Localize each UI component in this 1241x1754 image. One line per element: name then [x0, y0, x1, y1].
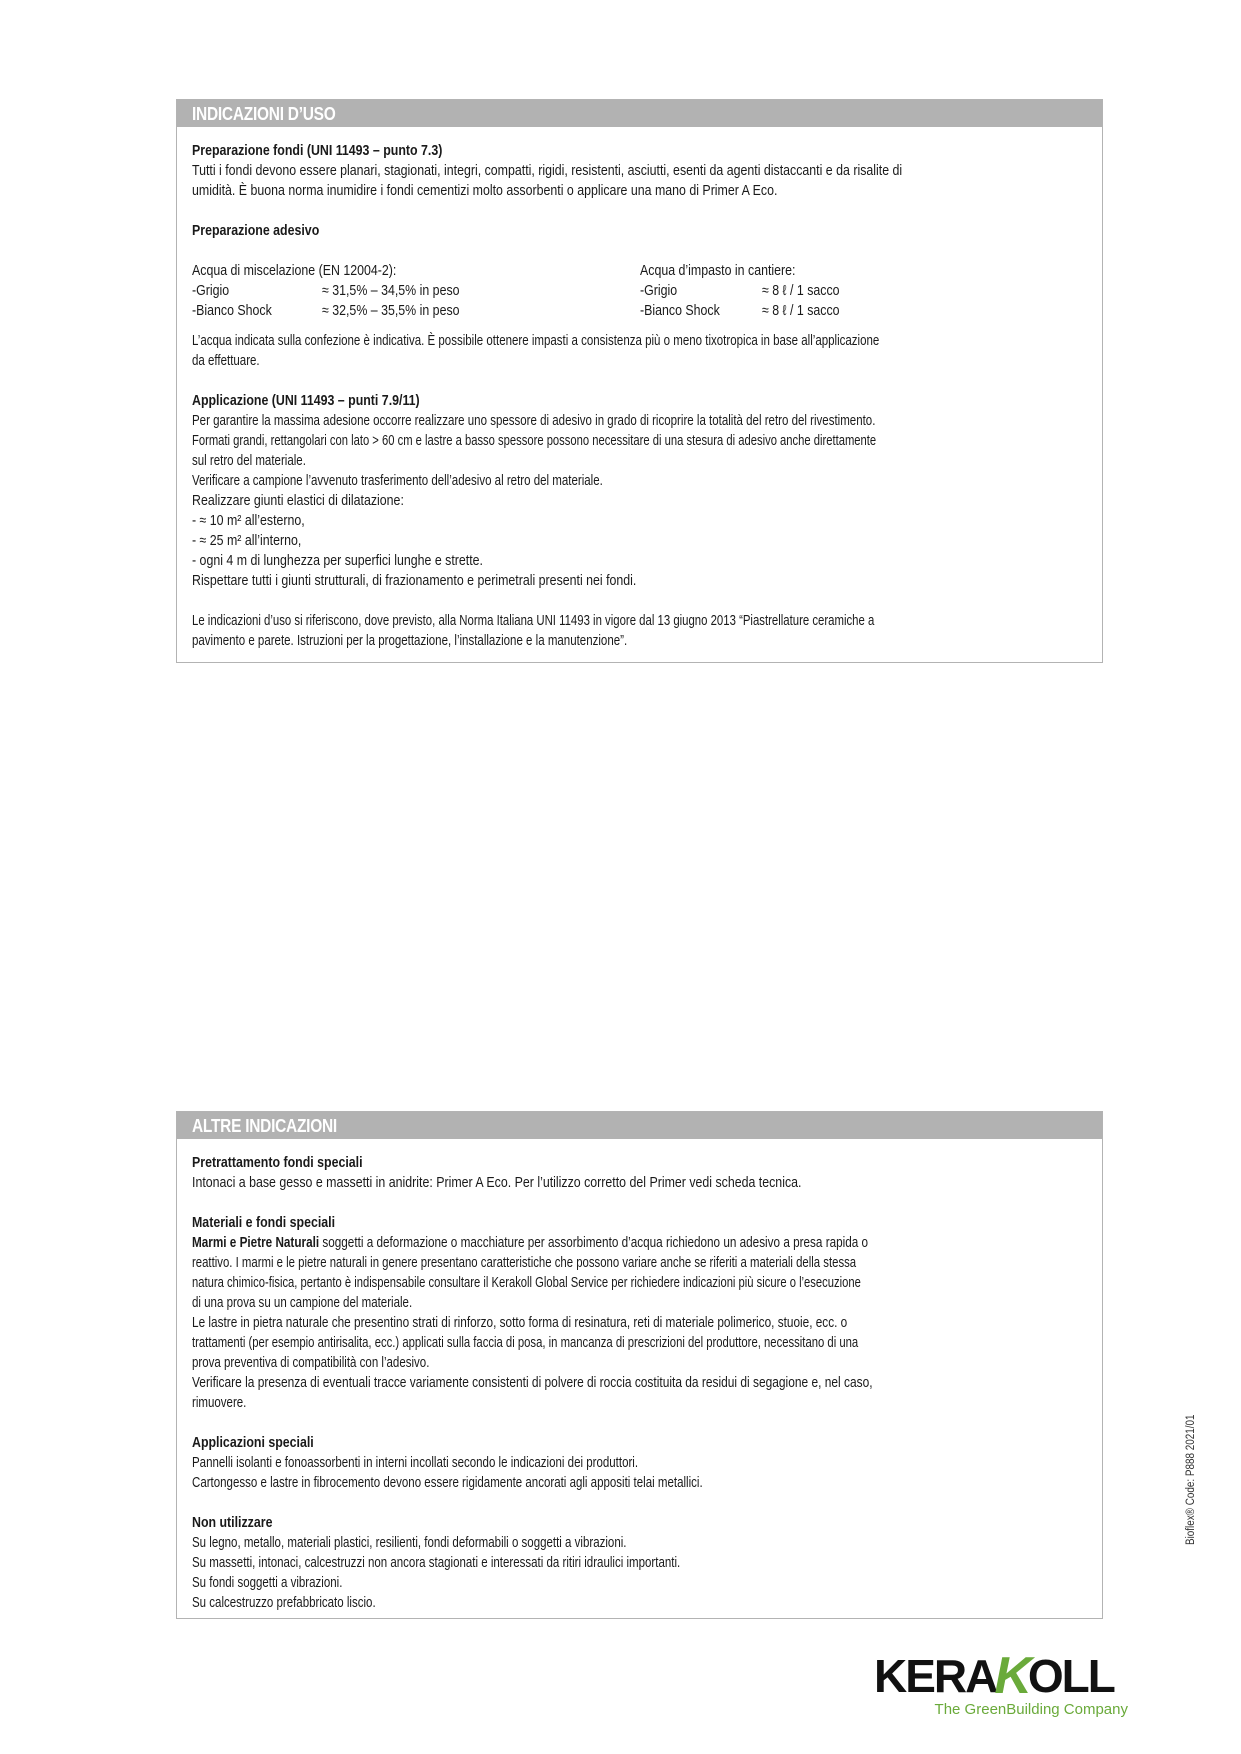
- subheading: Applicazione (UNI 11493 – punti 7.9/11): [192, 391, 1087, 411]
- paragraph-line: prova preventiva di compatibilità con l’…: [192, 1353, 1087, 1373]
- column-title: Acqua di miscelazione (EN 12004-2):: [192, 261, 640, 281]
- paragraph-line: Verificare la presenza di eventuali trac…: [192, 1373, 1087, 1393]
- list-item: - ogni 4 m di lunghezza per superfici lu…: [192, 551, 1087, 571]
- water-mix-column: Acqua di miscelazione (EN 12004-2): -Gri…: [192, 261, 640, 321]
- paragraph-line: Per garantire la massima adesione occorr…: [192, 411, 1087, 431]
- paragraph-line: Marmi e Pietre Naturali soggetti a defor…: [192, 1233, 1087, 1253]
- paragraph-line: da effettuare.: [192, 351, 1087, 371]
- paragraph-line: Le lastre in pietra naturale che present…: [192, 1313, 1087, 1333]
- list-item: - ≈ 10 m² all’esterno,: [192, 511, 1087, 531]
- section-title: ALTRE INDICAZIONI: [192, 1112, 337, 1141]
- paragraph-line: trattamenti (per esempio antirisalita, e…: [192, 1333, 1087, 1353]
- paragraph-line: Le indicazioni d’uso si riferiscono, dov…: [192, 611, 1087, 631]
- list-item: Su calcestruzzo prefabbricato liscio.: [192, 1593, 1087, 1613]
- subheading: Non utilizzare: [192, 1513, 1087, 1533]
- column-title: Acqua d’impasto in cantiere:: [640, 261, 1088, 281]
- subheading: Preparazione adesivo: [192, 221, 1087, 241]
- section-title: INDICAZIONI D’USO: [192, 100, 336, 129]
- kerakoll-logo: KERAKOLL The GreenBuilding Company: [874, 1653, 1134, 1723]
- table-row: -Bianco Shock≈ 8 ℓ / 1 sacco: [640, 301, 1088, 321]
- paragraph-line: natura chimico-fisica, pertanto è indisp…: [192, 1273, 1087, 1293]
- logo-wordmark: KERAKOLL: [874, 1653, 1134, 1699]
- product-code: Bioflex® Code: P888 2021/01: [1185, 1393, 1197, 1545]
- section-body: Pretrattamento fondi speciali Intonaci a…: [177, 1139, 1102, 1623]
- table-row: -Grigio≈ 8 ℓ / 1 sacco: [640, 281, 1088, 301]
- paragraph-line: Tutti i fondi devono essere planari, sta…: [192, 161, 1087, 181]
- paragraph-line: Intonaci a base gesso e massetti in anid…: [192, 1173, 1087, 1193]
- list-item: Su fondi soggetti a vibrazioni.: [192, 1573, 1087, 1593]
- paragraph-line: Pannelli isolanti e fonoassorbenti in in…: [192, 1453, 1087, 1473]
- subheading: Applicazioni speciali: [192, 1433, 1087, 1453]
- altre-indicazioni-box: ALTRE INDICAZIONI Pretrattamento fondi s…: [176, 1111, 1103, 1619]
- paragraph-line: Realizzare giunti elastici di dilatazion…: [192, 491, 1087, 511]
- paragraph-line: rimuovere.: [192, 1393, 1087, 1413]
- indicazioni-uso-box: INDICAZIONI D’USO Preparazione fondi (UN…: [176, 99, 1103, 663]
- paragraph-line: umidità. È buona norma inumidire i fondi…: [192, 181, 1087, 201]
- logo-tagline: The GreenBuilding Company: [874, 1701, 1134, 1718]
- paragraph-line: reattivo. I marmi e le pietre naturali i…: [192, 1253, 1087, 1273]
- subheading: Preparazione fondi (UNI 11493 – punto 7.…: [192, 141, 1087, 161]
- table-row: -Bianco Shock≈ 32,5% – 35,5% in peso: [192, 301, 640, 321]
- section-header: ALTRE INDICAZIONI: [177, 1112, 1102, 1139]
- paragraph-line: Cartongesso e lastre in fibrocemento dev…: [192, 1473, 1087, 1493]
- water-table: Acqua di miscelazione (EN 12004-2): -Gri…: [192, 261, 1087, 321]
- paragraph-line: sul retro del materiale.: [192, 451, 1087, 471]
- paragraph-line: L’acqua indicata sulla confezione è indi…: [192, 331, 1087, 351]
- water-site-column: Acqua d’impasto in cantiere: -Grigio≈ 8 …: [640, 261, 1088, 321]
- paragraph-line: Rispettare tutti i giunti strutturali, d…: [192, 571, 1087, 591]
- subheading: Materiali e fondi speciali: [192, 1213, 1087, 1233]
- paragraph-line: pavimento e parete. Istruzioni per la pr…: [192, 631, 1087, 651]
- paragraph-line: Verificare a campione l’avvenuto trasfer…: [192, 471, 1087, 491]
- bold-lead: Marmi e Pietre Naturali: [192, 1235, 319, 1251]
- paragraph-line: di una prova su un campione del material…: [192, 1293, 1087, 1313]
- section-header: INDICAZIONI D’USO: [177, 100, 1102, 127]
- paragraph-line: Formati grandi, rettangolari con lato > …: [192, 431, 1087, 451]
- section-body: Preparazione fondi (UNI 11493 – punto 7.…: [177, 127, 1102, 661]
- list-item: Su legno, metallo, materiali plastici, r…: [192, 1533, 1087, 1553]
- subheading: Pretrattamento fondi speciali: [192, 1153, 1087, 1173]
- list-item: - ≈ 25 m² all’interno,: [192, 531, 1087, 551]
- logo-k-icon: K: [994, 1653, 1030, 1699]
- list-item: Su massetti, intonaci, calcestruzzi non …: [192, 1553, 1087, 1573]
- table-row: -Grigio≈ 31,5% – 34,5% in peso: [192, 281, 640, 301]
